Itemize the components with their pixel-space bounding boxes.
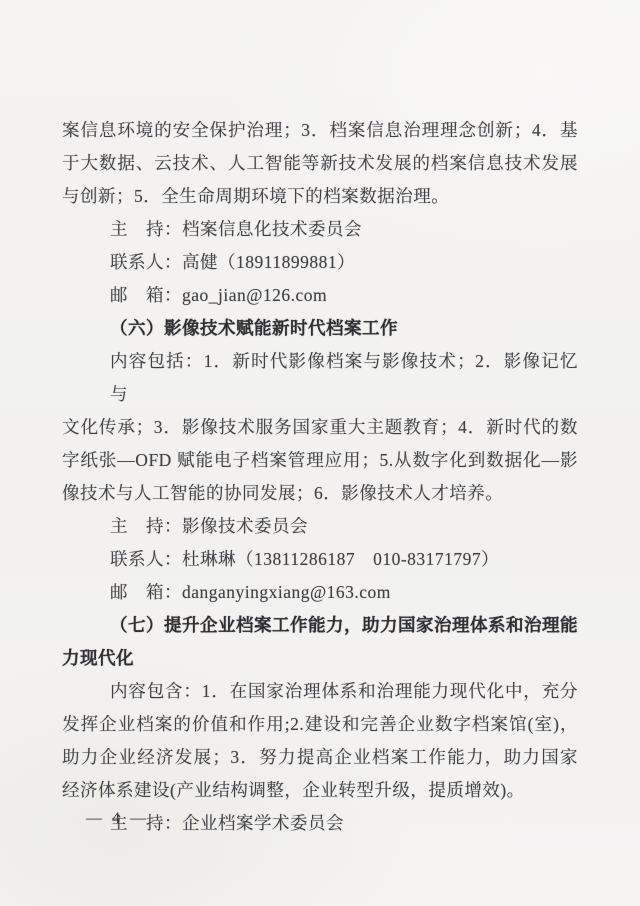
contact-line: 联系人：杜琳琳（13811286187 010-83171797） xyxy=(62,543,578,576)
section-heading-seven-line2: 力现代化 xyxy=(62,642,578,675)
body-text-line: 经济体系建设(产业结构调整，企业转型升级，提质增效)。 xyxy=(62,774,578,807)
section-heading-seven-line1: （七）提升企业档案工作能力，助力国家治理体系和治理能 xyxy=(62,609,578,642)
page-number: — 4 — xyxy=(86,810,149,828)
body-text-line: 文化传承；3．影像技术服务国家重大主题教育；4．新时代的数 xyxy=(62,411,578,444)
document-body: 案信息环境的安全保护治理；3．档案信息治理理念创新；4．基 于大数据、云技术、人… xyxy=(62,114,578,840)
scanned-document-page: 案信息环境的安全保护治理；3．档案信息治理理念创新；4．基 于大数据、云技术、人… xyxy=(0,0,640,906)
host-line: 主 持：影像技术委员会 xyxy=(62,510,578,543)
email-line: 邮 箱：gao_jian@126.com xyxy=(62,279,578,312)
email-line: 邮 箱：danganyingxiang@163.com xyxy=(62,576,578,609)
body-text-line: 于大数据、云技术、人工智能等新技术发展的档案信息技术发展 xyxy=(62,147,578,180)
body-text-line: 字纸张—OFD 赋能电子档案管理应用；5.从数字化到数据化—影 xyxy=(62,444,578,477)
body-text-line: 内容包含：1．在国家治理体系和治理能力现代化中，充分 xyxy=(62,675,578,708)
body-text-line: 助力企业经济发展；3．努力提高企业档案工作能力，助力国家 xyxy=(62,741,578,774)
body-text-line: 像技术与人工智能的协同发展；6．影像技术人才培养。 xyxy=(62,477,578,510)
body-text-line: 内容包括：1．新时代影像档案与影像技术；2．影像记忆与 xyxy=(62,345,578,411)
body-text-line: 发挥企业档案的价值和作用;2.建设和完善企业数字档案馆(室)， xyxy=(62,708,578,741)
section-heading-six: （六）影像技术赋能新时代档案工作 xyxy=(62,312,578,345)
body-text-line: 与创新；5．全生命周期环境下的档案数据治理。 xyxy=(62,180,578,213)
body-text-line: 案信息环境的安全保护治理；3．档案信息治理理念创新；4．基 xyxy=(62,114,578,147)
host-line: 主 持：档案信息化技术委员会 xyxy=(62,213,578,246)
contact-line: 联系人：高健（18911899881） xyxy=(62,246,578,279)
